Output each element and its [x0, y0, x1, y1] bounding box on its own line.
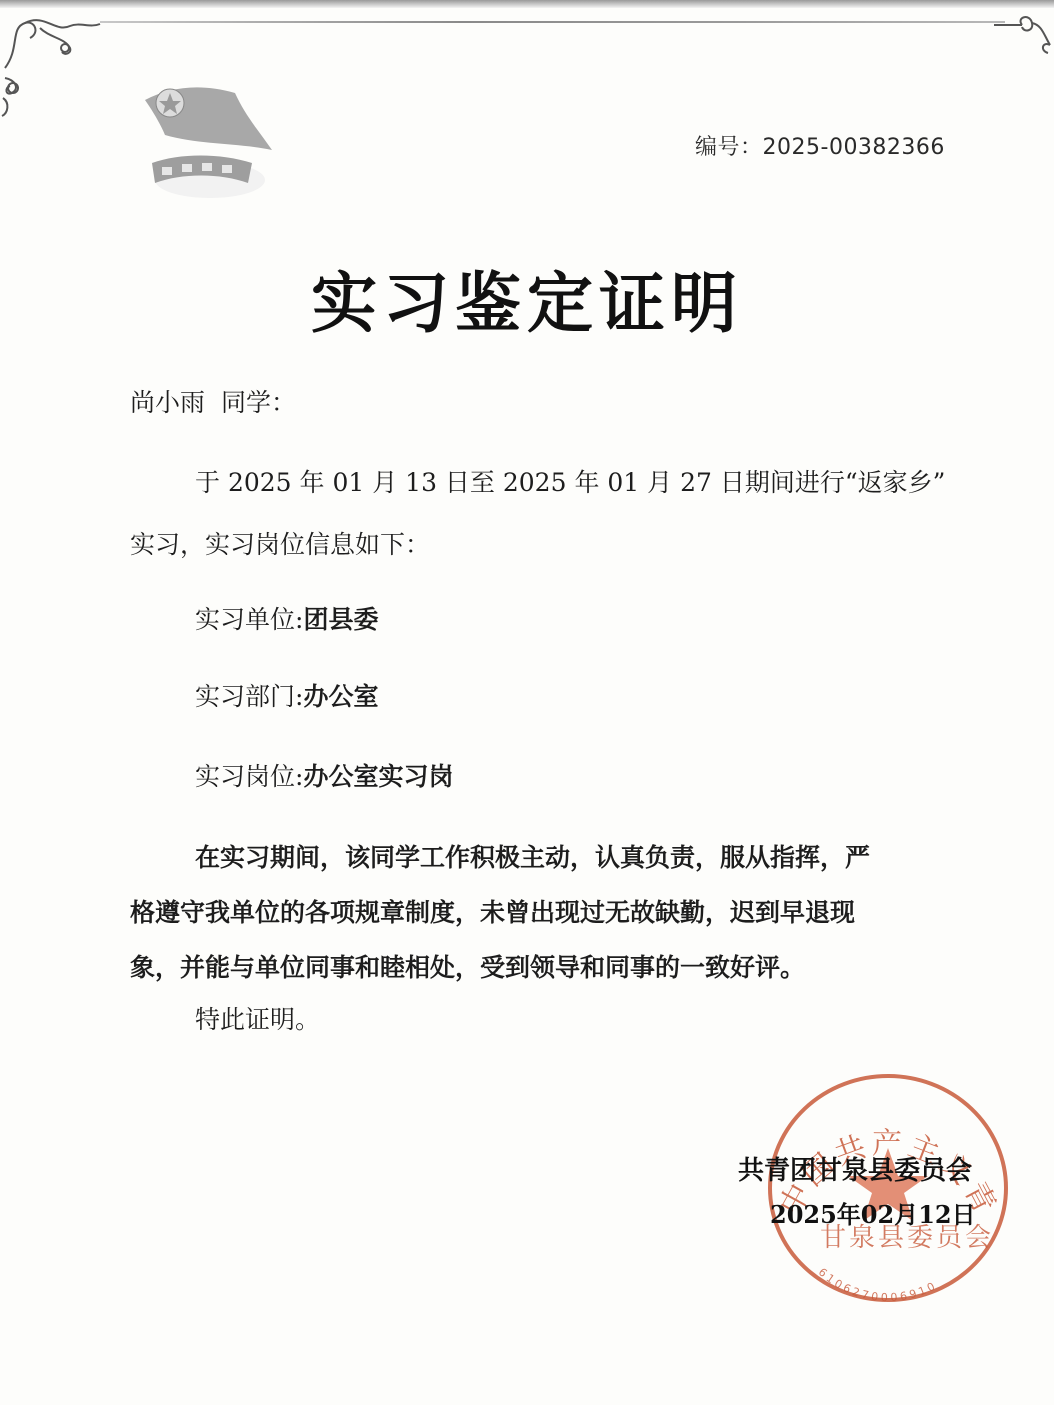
official-seal-icon: 中国共产主义青年团 甘泉县委员会 6106270006910 [758, 1068, 1018, 1308]
seal-code: 6106270006910 [816, 1265, 940, 1304]
info-department: 实习部门:办公室 [195, 677, 378, 713]
decorative-border-line [100, 21, 1005, 23]
info-position: 实习岗位:办公室实习岗 [195, 757, 453, 793]
evaluation-line-2: 格遵守我单位的各项规章制度，未曾出现过无故缺勤，迟到早退现 [130, 893, 855, 929]
evaluation-line-1: 在实习期间，该同学工作积极主动，认真负责，服从指挥，严 [195, 838, 870, 874]
info-value: 办公室 [303, 682, 378, 711]
info-label: 实习单位: [195, 605, 303, 634]
serial-value: 2025-00382366 [763, 135, 945, 160]
corner-flourish-icon [0, 8, 110, 118]
serial-label: 编号： [695, 135, 763, 160]
greeting-suffix: 同学： [221, 388, 296, 417]
youth-league-emblem-icon [140, 75, 280, 200]
info-label: 实习部门: [195, 682, 303, 711]
svg-text:6106270006910: 6106270006910 [816, 1265, 940, 1304]
document-title: 实习鉴定证明 [0, 250, 1054, 345]
info-unit: 实习单位:团县委 [195, 600, 378, 636]
page-top-edge [0, 0, 1054, 8]
intro-line-1: 于 2025 年 01 月 13 日至 2025 年 01 月 27 日期间进行… [195, 463, 945, 499]
student-name: 尚小雨 [130, 388, 205, 417]
evaluation-line-3: 象，并能与单位同事和睦相处，受到领导和同事的一致好评。 [130, 948, 805, 984]
serial-number: 编号：2025-00382366 [695, 130, 945, 161]
corner-flourish-icon [994, 15, 1054, 55]
info-value: 团县委 [303, 605, 378, 634]
greeting: 尚小雨同学： [130, 383, 296, 419]
info-value: 办公室实习岗 [303, 762, 453, 791]
info-label: 实习岗位: [195, 762, 303, 791]
signing-organization: 共青团甘泉县委员会 [738, 1150, 972, 1187]
closing-statement: 特此证明。 [195, 1000, 320, 1036]
intro-line-2: 实习，实习岗位信息如下： [130, 525, 430, 561]
signing-date: 2025年02月12日 [770, 1195, 976, 1230]
